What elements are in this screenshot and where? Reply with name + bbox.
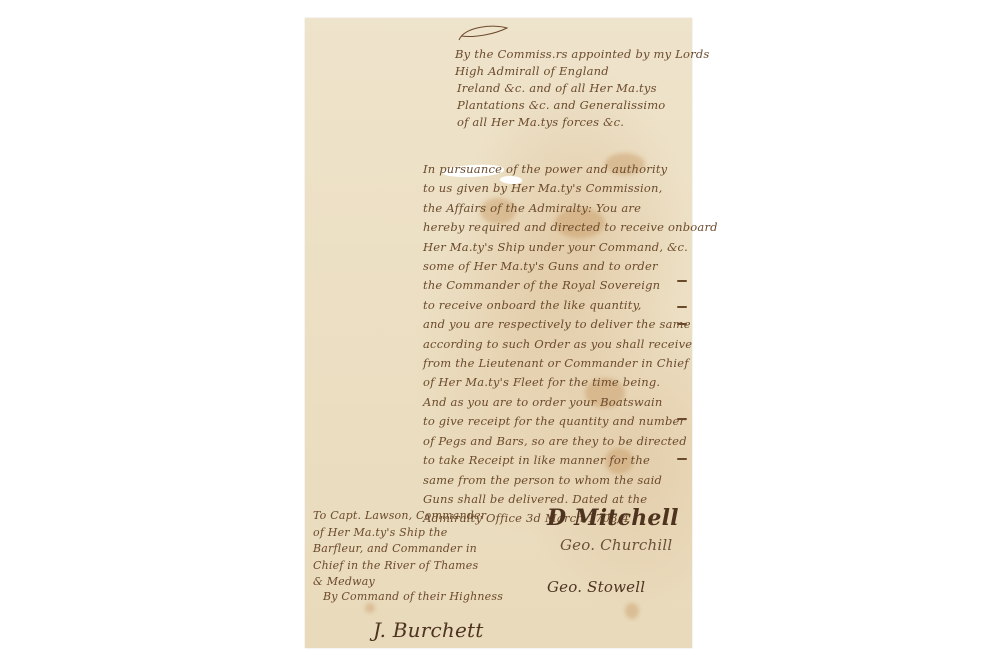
- body-line: Her Ma.ty's Ship under your Command, &c.: [423, 238, 693, 257]
- body-line: to take Receipt in like manner for the: [423, 451, 693, 470]
- addressee-line: of Her Ma.ty's Ship the: [313, 525, 486, 542]
- body-line: of Pegs and Bars, so are they to be dire…: [423, 432, 693, 451]
- line-end-dash: [677, 306, 687, 308]
- by-command-note: By Command of their Highness: [323, 590, 503, 603]
- signature-third: Geo. Stowell: [547, 578, 645, 596]
- body-line: some of Her Ma.ty's Guns and to order: [423, 257, 693, 276]
- signature-secretary: J. Burchett: [373, 618, 484, 642]
- body-line: according to such Order as you shall rec…: [423, 335, 693, 354]
- manuscript-page: By the Commiss.rs appointed by my Lords …: [305, 18, 692, 648]
- water-stain: [365, 603, 375, 613]
- heading-line: Ireland &c. and of all Her Ma.tys: [455, 80, 710, 97]
- body-line: same from the person to whom the said: [423, 471, 693, 490]
- document-heading: By the Commiss.rs appointed by my Lords …: [455, 46, 710, 131]
- document-body: In pursuance of the power and authority …: [423, 160, 693, 529]
- addressee-block: To Capt. Lawson, Commander of Her Ma.ty'…: [313, 508, 486, 591]
- body-line: the Affairs of the Admiralty: You are: [423, 199, 693, 218]
- addressee-line: & Medway: [313, 574, 486, 591]
- signature-main: D Mitchell: [547, 505, 679, 531]
- line-end-dash: [677, 280, 687, 282]
- addressee-line: Chief in the River of Thames: [313, 558, 486, 575]
- body-line: of Her Ma.ty's Fleet for the time being.: [423, 373, 693, 392]
- body-line: In pursuance of the power and authority: [423, 160, 693, 179]
- signature-second: Geo. Churchill: [560, 536, 672, 554]
- body-line: to us given by Her Ma.ty's Commission,: [423, 179, 693, 198]
- body-line: hereby required and directed to receive …: [423, 218, 693, 237]
- body-line: the Commander of the Royal Sovereign: [423, 276, 693, 295]
- body-line: to receive onboard the like quantity,: [423, 296, 693, 315]
- heading-line: High Admirall of England: [455, 63, 710, 80]
- addressee-line: To Capt. Lawson, Commander: [313, 508, 486, 525]
- water-stain: [625, 603, 639, 619]
- heading-line: Plantations &c. and Generalissimo: [455, 97, 710, 114]
- body-line: And as you are to order your Boatswain: [423, 393, 693, 412]
- addressee-line: Barfleur, and Commander in: [313, 541, 486, 558]
- body-line: to give receipt for the quantity and num…: [423, 412, 693, 431]
- line-end-dash: [677, 323, 687, 325]
- body-line: from the Lieutenant or Commander in Chie…: [423, 354, 693, 373]
- line-end-dash: [677, 418, 687, 420]
- body-line: and you are respectively to deliver the …: [423, 315, 693, 334]
- heading-line: of all Her Ma.tys forces &c.: [455, 114, 710, 131]
- line-end-dash: [677, 458, 687, 460]
- flourish-ornament: [455, 22, 511, 44]
- heading-line: By the Commiss.rs appointed by my Lords: [455, 46, 710, 63]
